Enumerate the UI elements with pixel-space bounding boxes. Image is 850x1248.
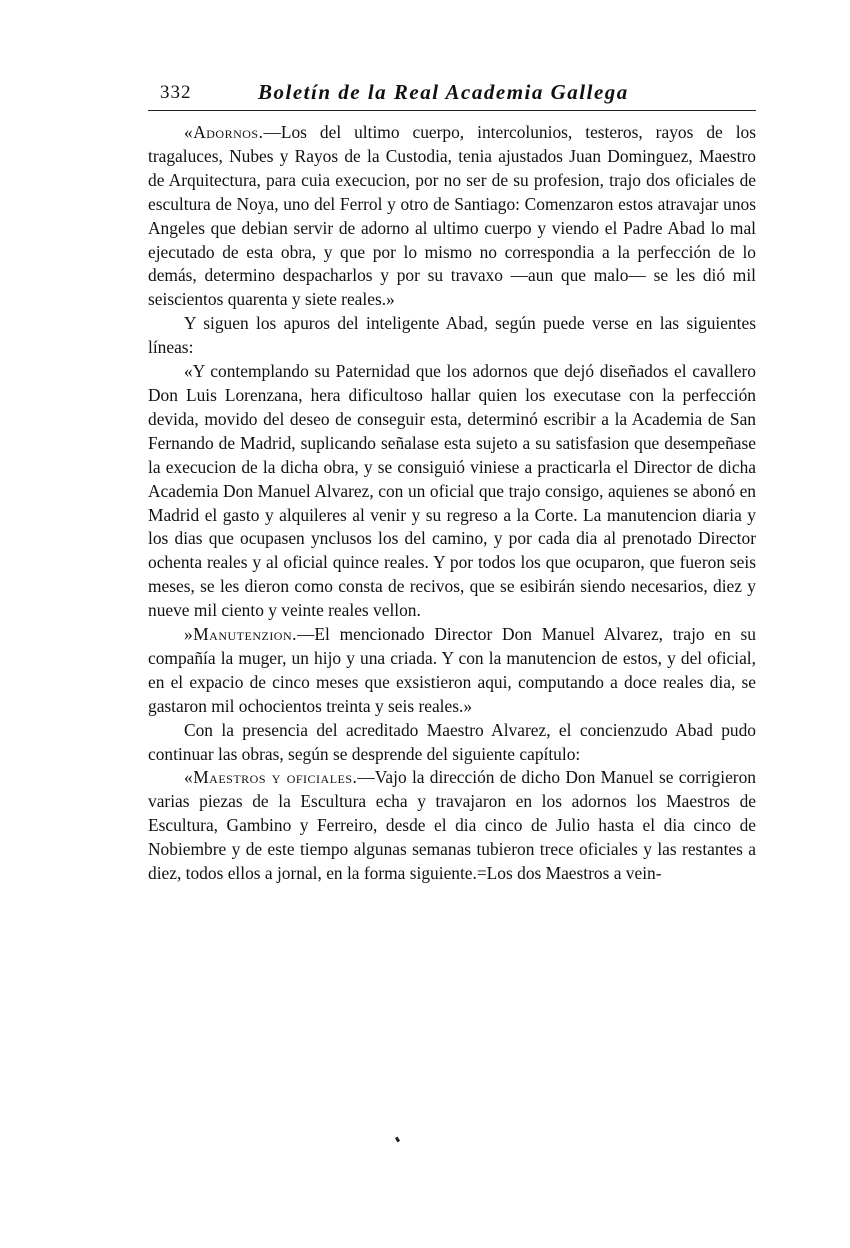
scan-speck <box>395 1137 400 1143</box>
section-lead: »Manutenzion. <box>184 624 297 644</box>
paragraph-alvarez: Con la presencia del acreditado Maestro … <box>148 719 756 767</box>
paragraph-text: Y siguen los apuros del inteligente Abad… <box>148 313 756 357</box>
journal-title: Boletín de la Real Academia Gallega <box>258 80 629 105</box>
paragraph-apuros: Y siguen los apuros del inteligente Abad… <box>148 312 756 360</box>
book-page: 332 Boletín de la Real Academia Gallega … <box>148 80 756 886</box>
section-lead: «Adornos. <box>184 122 263 142</box>
section-lead: «Maestros y oficiales. <box>184 767 357 787</box>
paragraph-text: Con la presencia del acreditado Maestro … <box>148 720 756 764</box>
paragraph-text: —Los del ultimo cuerpo, intercolunios, t… <box>148 122 756 309</box>
running-header: 332 Boletín de la Real Academia Gallega <box>148 80 756 111</box>
paragraph-adornos: «Adornos.—Los del ultimo cuerpo, interco… <box>148 121 756 312</box>
page-number: 332 <box>160 82 192 104</box>
paragraph-contemplando: «Y contemplando su Paternidad que los ad… <box>148 360 756 623</box>
paragraph-text: «Y contemplando su Paternidad que los ad… <box>148 361 756 620</box>
paragraph-manutenzion: »Manutenzion.—El mencionado Director Don… <box>148 623 756 719</box>
body-text: «Adornos.—Los del ultimo cuerpo, interco… <box>148 121 756 886</box>
paragraph-maestros: «Maestros y oficiales.—Vajo la dirección… <box>148 766 756 886</box>
